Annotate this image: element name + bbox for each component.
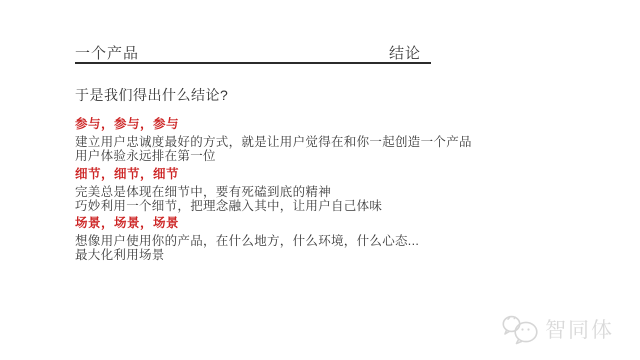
section-body-line: 想像用户使用你的产品，在什么地方，什么环境，什么心态... [75, 234, 419, 248]
section-body-line: 用户体验永远排在第一位 [75, 149, 472, 163]
section-heading: 细节，细节，细节 [75, 164, 382, 182]
header-right-title: 结论 [389, 42, 431, 63]
watermark-text: 智同体 [545, 314, 614, 344]
section-heading: 场景，场景，场景 [75, 213, 419, 231]
presentation-slide: 一个产品 结论 于是我们得出什么结论? 参与，参与，参与 建立用户忠诚度最好的方… [0, 0, 640, 360]
header-rule-line [75, 62, 431, 64]
section-body-line: 完美总是体现在细节中，要有死磕到底的精神 [75, 185, 382, 199]
slide-question-title: 于是我们得出什么结论? [75, 85, 228, 105]
watermark-logo: 智同体 [500, 313, 614, 345]
section-details: 细节，细节，细节 完美总是体现在细节中，要有死磕到底的精神 巧妙利用一个细节，把… [75, 164, 382, 213]
chat-bubbles-icon [500, 313, 540, 345]
section-participation: 参与，参与，参与 建立用户忠诚度最好的方式，就是让用户觉得在和你一起创造一个产品… [75, 114, 472, 163]
section-body-line: 建立用户忠诚度最好的方式，就是让用户觉得在和你一起创造一个产品 [75, 135, 472, 149]
section-body-line: 最大化利用场景 [75, 248, 419, 262]
section-heading: 参与，参与，参与 [75, 114, 472, 132]
header-left-title: 一个产品 [75, 42, 139, 63]
section-scenarios: 场景，场景，场景 想像用户使用你的产品，在什么地方，什么环境，什么心态... 最… [75, 213, 419, 262]
section-body-line: 巧妙利用一个细节，把理念融入其中，让用户自己体味 [75, 199, 382, 213]
slide-header: 一个产品 结论 [75, 42, 431, 63]
